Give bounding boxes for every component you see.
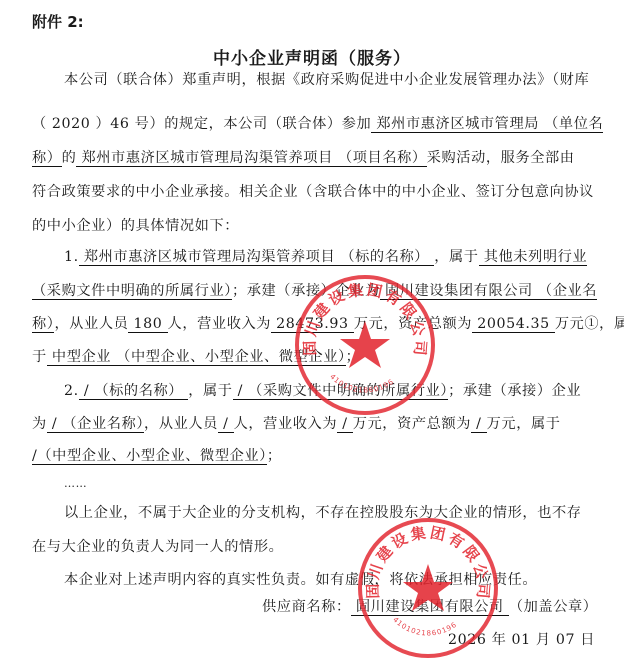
document-title: 中小企业声明函（服务） <box>0 44 624 69</box>
item-2-employees-label: ，从业人员 <box>144 416 218 432</box>
date-day-unit: 日 <box>575 632 595 648</box>
item-2-industry: / （采购文件中明确的所属行业） <box>233 383 449 400</box>
item-2-belongs-label: ，属于 <box>188 383 232 399</box>
item-2-revenue-unit: 万元，资产总额为 <box>353 416 471 432</box>
intro-line-1: 本公司（联合体）郑重声明，根据《政府采购促进中小企业发展管理办法》（财库 <box>64 70 624 90</box>
item-1-employees: 180 <box>128 316 167 333</box>
ellipsis: …… <box>64 474 624 494</box>
intro-line-3: 称）的 郑州市惠济区城市管理局沟渠管养项目 （项目名称）采购活动，服务全部由 <box>32 148 592 168</box>
intro-line-4: 符合政策要求的中小企业承接。相关企业（含联合体中的中小企业、签订分包意向协议 <box>32 182 592 202</box>
item-1-enterprise-name-suffix: 称） <box>32 316 54 333</box>
declaration-document: 附件 2: 中小企业声明函（服务） 本公司（联合体）郑重声明，根据《政府采购促进… <box>0 0 624 661</box>
item-1-end: ； <box>346 349 361 365</box>
intro-line-3-suffix: 采购活动，服务全部由 <box>427 150 575 166</box>
date-day: 07 <box>556 632 575 648</box>
item-2-line-1: 2. / （标的名称） ，属于 / （采购文件中明确的所属行业）；承建（承接）企… <box>64 381 624 401</box>
intro-line-3-mid: 的 <box>62 150 77 166</box>
item-1-contractor-label: ；承建（承接）企业为 <box>232 283 380 299</box>
item-2-index: 2. <box>64 383 79 399</box>
item-1-line-2: （采购文件中明确的所属行业）；承建（承接）企业为 固川建设集团有限公司 （企业名 <box>32 281 592 301</box>
item-2-enterprise-prefix: 为 <box>32 416 47 432</box>
date-line: 2026 年 01 月 07 日 <box>448 630 598 650</box>
item-2-enterprise-name: / （企业名称） <box>47 416 144 433</box>
item-1-industry: 其他未列明行业 <box>479 249 588 266</box>
date-month: 01 <box>512 632 531 648</box>
seal-2-text: 固川建设集团有限公司 <box>364 523 493 602</box>
item-1-assets-unit: 万元①，属 <box>555 316 624 332</box>
item-1-industry-note: （采购文件中明确的所属行业） <box>32 283 232 300</box>
item-1-assets: 20054.35 <box>472 316 555 333</box>
item-1-subject-name: 郑州市惠济区城市管理局沟渠管养项目 （标的名称） <box>79 249 434 266</box>
item-1-size: 中型企业 （中型企业、小型企业、微型企业） <box>47 349 346 366</box>
intro-line-5: 的中小企业）的具体情况如下： <box>32 216 592 236</box>
purchaser-name-field: 郑州市惠济区城市管理局 （单位名 <box>371 116 603 133</box>
supplier-line: 供应商名称： 固川建设集团有限公司 （加盖公章） <box>262 597 592 617</box>
item-1-line-3: 称），从业人员 180 人，营业收入为 28473.93 万元，资产总额为 20… <box>32 314 592 334</box>
svg-text:固川建设集团有限公司: 固川建设集团有限公司 <box>364 523 493 602</box>
intro-line-2-prefix: （ 2020 ）46 号）的规定，本公司（联合体）参加 <box>32 116 371 132</box>
statement-line-1: 以上企业，不属于大企业的分支机构，不存在控股股东为大企业的情形，也不存 <box>64 503 624 523</box>
date-year: 2026 <box>448 632 487 648</box>
item-1-revenue: 28473.93 <box>271 316 354 333</box>
item-1-enterprise-name: 固川建设集团有限公司 （企业名 <box>380 283 597 300</box>
intro-line-2: （ 2020 ）46 号）的规定，本公司（联合体）参加 郑州市惠济区城市管理局 … <box>32 114 592 134</box>
attachment-label: 附件 2: <box>32 11 84 32</box>
item-1-employees-label: ，从业人员 <box>54 316 128 332</box>
item-1-index: 1. <box>64 249 79 265</box>
purchaser-name-suffix: 称） <box>32 150 62 167</box>
item-2-end: ； <box>267 448 282 464</box>
item-1-line-1: 1. 郑州市惠济区城市管理局沟渠管养项目 （标的名称） ，属于 其他未列明行业 <box>64 247 624 267</box>
item-1-size-prefix: 于 <box>32 349 47 365</box>
item-2-employees-unit: 人，营业收入为 <box>234 416 338 432</box>
supplier-name-field: 固川建设集团有限公司 <box>351 599 509 616</box>
item-1-revenue-unit: 万元，资产总额为 <box>354 316 472 332</box>
item-2-assets: / <box>471 416 487 433</box>
statement-line-2: 在与大企业的负责人为同一人的情形。 <box>32 537 592 557</box>
item-2-line-2: 为 / （企业名称），从业人员 / 人，营业收入为 / 万元，资产总额为 / 万… <box>32 414 592 434</box>
item-2-assets-unit: 万元，属于 <box>487 416 561 432</box>
item-1-belongs-label: ，属于 <box>434 249 478 265</box>
item-2-size: /（中型企业、小型企业、微型企业） <box>32 448 267 465</box>
item-2-line-3: /（中型企业、小型企业、微型企业）； <box>32 446 592 466</box>
statement-line-3: 本企业对上述声明内容的真实性负责。如有虚假，将依法承担相应责任。 <box>64 570 624 590</box>
date-year-unit: 年 <box>487 632 512 648</box>
item-2-subject-name: / （标的名称） <box>79 383 188 400</box>
item-2-contractor-label: ；承建（承接）企业 <box>448 383 581 399</box>
date-month-unit: 月 <box>531 632 556 648</box>
item-1-employees-unit: 人，营业收入为 <box>168 316 272 332</box>
item-2-revenue: / <box>337 416 353 433</box>
project-name-field: 郑州市惠济区城市管理局沟渠管养项目 （项目名称） <box>76 150 426 167</box>
item-1-line-4: 于 中型企业 （中型企业、小型企业、微型企业）； <box>32 347 592 367</box>
supplier-label: 供应商名称： <box>262 599 351 615</box>
seal-note: （加盖公章） <box>509 599 598 615</box>
item-2-employees: / <box>218 416 234 433</box>
